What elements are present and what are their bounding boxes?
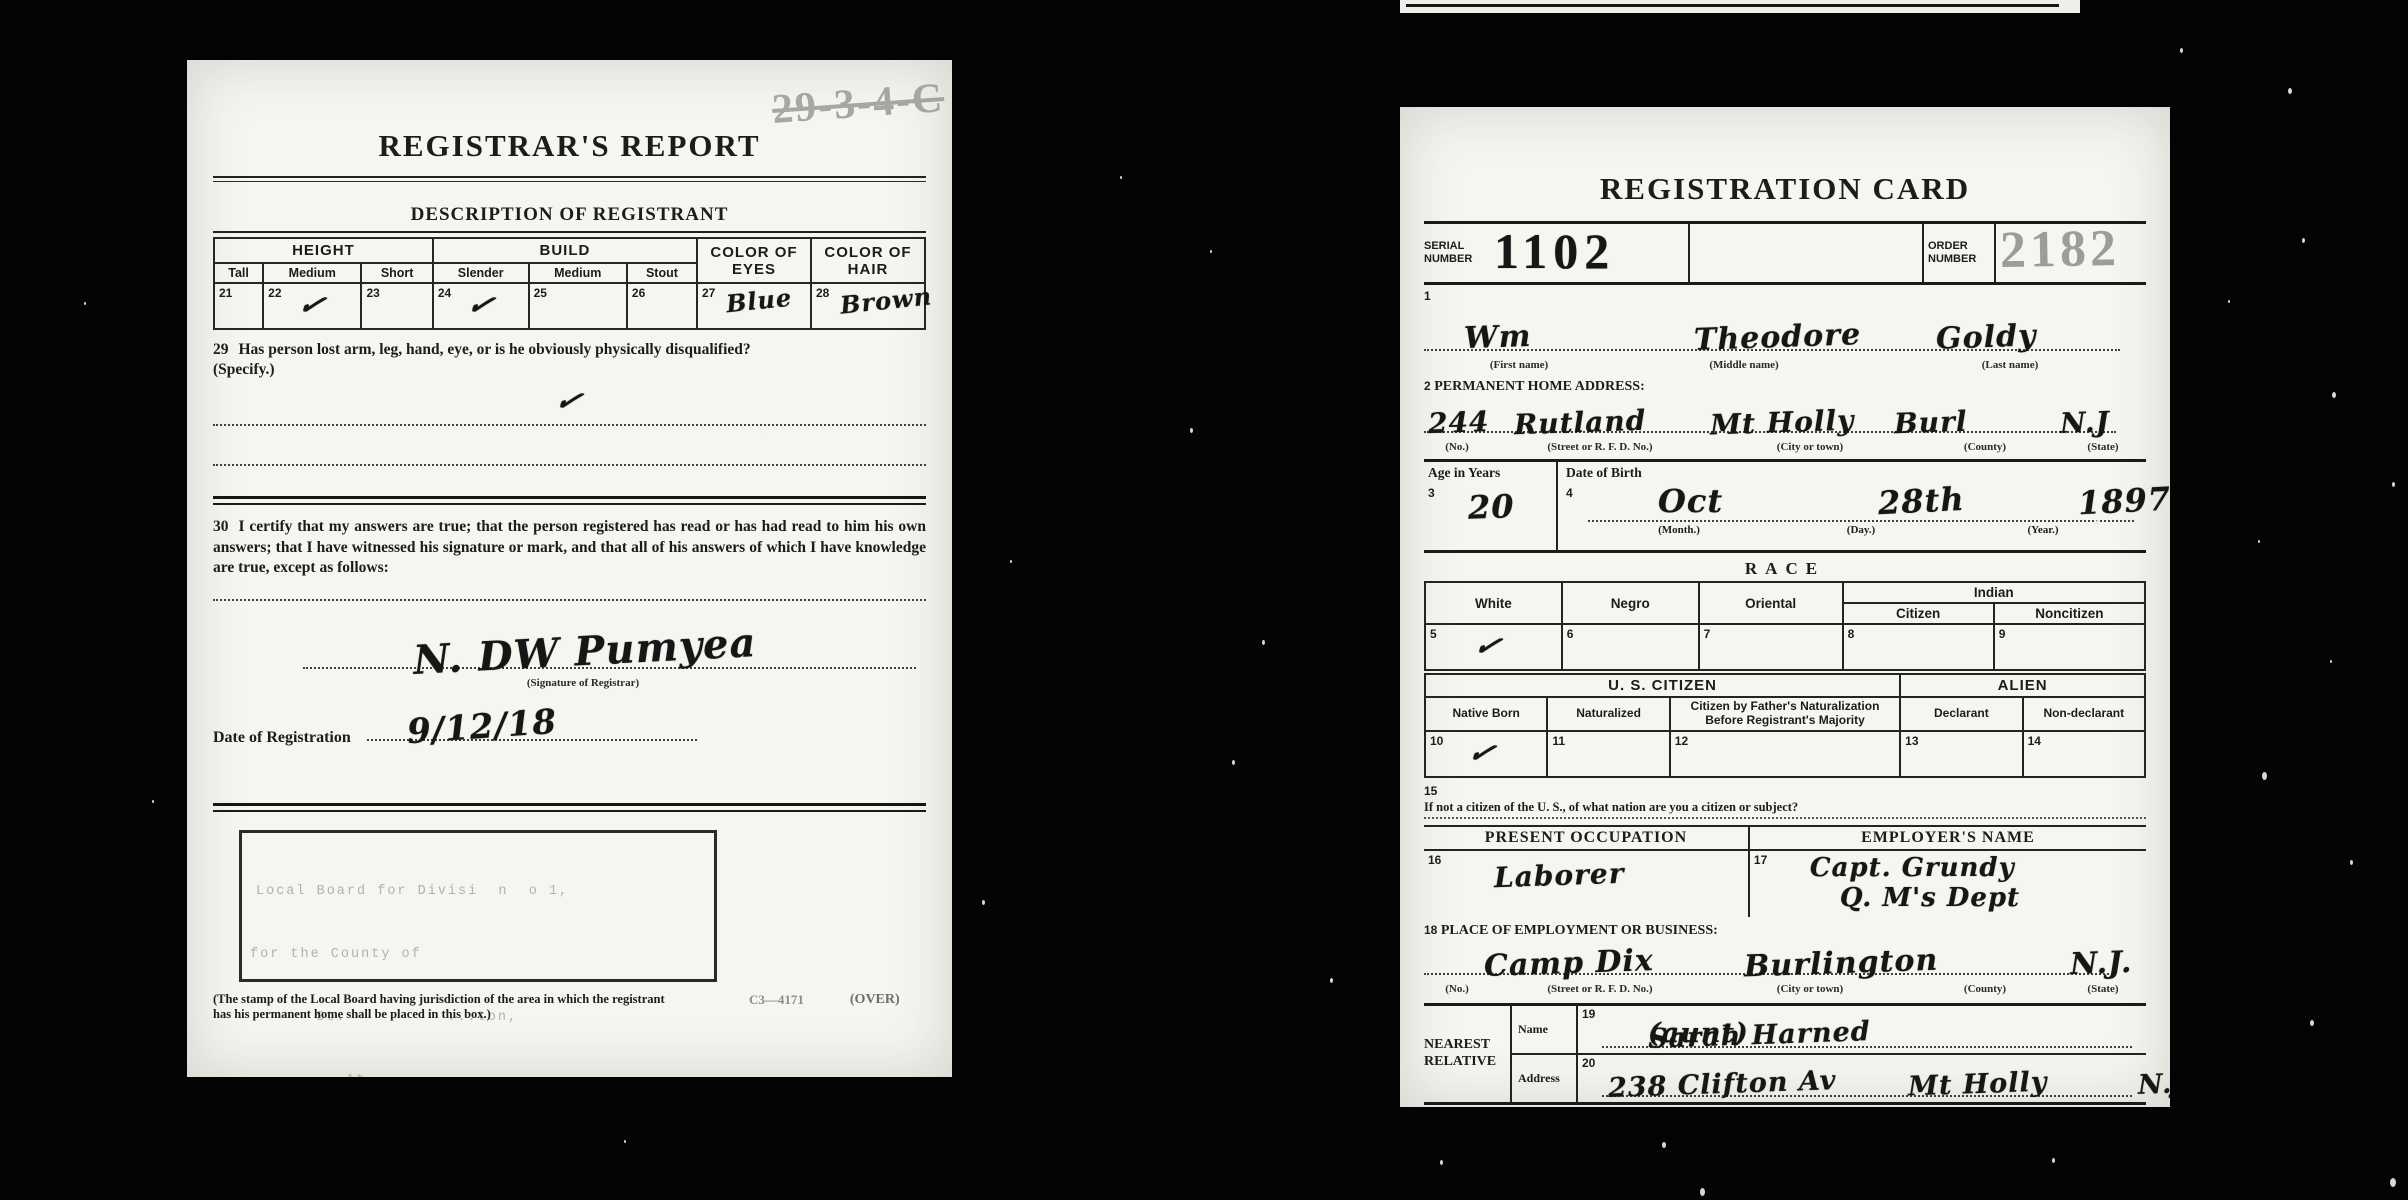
divider [213,176,926,182]
relative-address-state-value: N.J [2137,1068,2170,1101]
dob-cell: Date of Birth 4 Oct 28th 1897 (Month.) (… [1558,462,2146,550]
date-of-registration-value: 9/12/18 [406,701,559,751]
county-label: (County) [1910,441,2060,453]
dust-speck [2392,482,2395,487]
question-29-specify: (Specify.) [213,361,275,378]
race-white-cell: 5✓ [1425,624,1562,670]
dob-day-value: 28th [1877,480,1965,522]
date-of-registration-label: Date of Registration [213,729,351,747]
dust-speck [2302,238,2305,243]
declarant-label: Declarant [1900,697,2022,731]
last-name-value: Goldy [1935,318,2037,356]
checkmark: ✓ [293,287,331,324]
dust-speck [2262,772,2267,780]
middle-name-value: Theodore [1693,317,1861,358]
item-1-number: 1 [1424,289,1431,303]
cell-number: 28 [816,286,829,300]
cell-number: 26 [632,286,645,300]
name-sublabels: (First name) (Middle name) (Last name) [1424,359,2146,371]
item-20-number: 20 [1582,1056,1595,1070]
local-board-stamp-impression: Local Board for Divisi n o 1, for the Co… [256,841,704,1077]
serial-label-line1: SERIAL [1424,240,1488,253]
adjacent-card-rule [1406,4,2059,7]
address-street-value: Rutland [1513,404,1646,442]
item-19-number: 19 [1582,1007,1595,1021]
dust-speck [1262,640,1265,645]
relative-address-street-value: 238 Clifton Av [1608,1065,1837,1104]
citizenship-table: U. S. CITIZEN ALIEN Native Born Naturali… [1424,673,2146,778]
race-white-label: White [1425,582,1562,624]
dust-speck [760,430,762,433]
dust-speck [2258,540,2260,543]
form-number: C3—4171 [749,992,804,1008]
hair-header: COLOR OF HAIR [811,238,925,283]
dust-speck [756,276,759,281]
stamp-box-caption-row: (The stamp of the Local Board having jur… [213,992,926,1023]
cell-number: 11 [1552,734,1565,748]
divider [213,496,926,505]
occupation-table: PRESENT OCCUPATION EMPLOYER'S NAME 16 La… [1424,825,2146,917]
build-slender-cell: 24✓ [433,283,529,329]
answer-line [213,464,926,466]
registration-card: REGISTRATION CARD SERIAL NUMBER 1102 ORD… [1400,107,2170,1107]
question-29-answer: ✓ [213,384,926,418]
age-value: 20 [1467,487,1515,527]
occupation-value: Laborer [1493,856,1624,894]
dust-speck [2310,1020,2314,1026]
cell-number: 5 [1430,627,1437,641]
occupation-cell: 16 Laborer [1424,850,1749,917]
dust-speck [2350,860,2353,865]
hair-color-cell: 28Brown [811,283,925,329]
dob-month-value: Oct [1658,482,1723,520]
street-label: (Street or R. F. D. No.) [1490,983,1710,995]
cell-number: 6 [1567,627,1574,641]
address-county-value: Burl [1893,405,1968,441]
state-label: (State) [2060,983,2146,995]
age-dob-row: Age in Years 3 20 Date of Birth 4 Oct 28… [1424,459,2146,553]
relative-address-label: Address [1512,1055,1576,1102]
dust-speck [84,302,86,305]
dust-speck [2052,1158,2055,1163]
city-label: (City or town) [1710,983,1910,995]
eye-color-cell: 27Blue [697,283,811,329]
dust-speck [152,800,154,803]
state-label: (State) [2060,441,2146,453]
question-29-number: 29 [213,341,229,358]
address-city-value: Mt Holly [1709,403,1854,441]
height-medium-label: Medium [263,263,361,283]
answer-line [213,599,926,601]
employer-cell: 17 Capt. Grundy Q. M's Dept [1749,850,2146,917]
physique-table: HEIGHT BUILD COLOR OF EYES COLOR OF HAIR… [213,237,926,330]
address-state-value: N.J [2059,405,2110,440]
cell-number: 21 [219,286,232,300]
employment-row: Camp Dix Burlington N.J. [1424,939,2146,981]
dust-speck [2288,88,2292,94]
relative-address-city-value: Mt Holly [1908,1066,2048,1102]
height-short-cell: 23 [361,283,432,329]
relative-name-label: Name [1512,1006,1576,1055]
build-medium-label: Medium [529,263,627,283]
stamp-line: for the County of [250,945,704,966]
height-header: HEIGHT [214,238,433,263]
race-indian-noncitizen-label: Noncitizen [1994,603,2145,624]
name-row: Wm Theodore Goldy [1424,307,2146,357]
employer-value-line2: Q. M's Dept [1840,883,2020,913]
divider [213,231,926,233]
present-occupation-heading: PRESENT OCCUPATION [1424,826,1749,850]
employment-heading-text: PLACE OF EMPLOYMENT OR BUSINESS: [1441,923,1718,938]
dust-speck [2390,1178,2396,1187]
race-indian-label: Indian [1843,582,2145,603]
item-2-number: 2 [1424,379,1431,393]
order-label-line1: ORDER [1928,240,1994,253]
employment-city-value: Burlington [1743,942,1938,984]
address-no-value: 244 [1427,405,1490,440]
cell-number: 10 [1430,734,1443,748]
dust-speck [624,1140,626,1143]
checkmark: ✓ [1469,628,1507,665]
serial-number-label: SERIAL NUMBER [1424,224,1488,282]
question-29-text: Has person lost arm, leg, hand, eye, or … [239,341,751,358]
description-heading: DESCRIPTION OF REGISTRANT [213,204,926,226]
dob-year-value: 1897 [2077,480,2170,523]
city-label: (City or town) [1710,441,1910,453]
relative-relationship-note: (aunt) [1648,1018,2116,1049]
us-citizen-heading: U. S. CITIZEN [1425,674,1900,697]
nearest-relative-field-labels: Name Address [1510,1006,1578,1102]
build-stout-cell: 26 [627,283,697,329]
order-number-value: 2182 [1999,219,2120,280]
answer-line [213,424,926,426]
cell-number: 7 [1704,627,1711,641]
height-tall-label: Tall [214,263,263,283]
serial-row-spacer [1690,224,1922,282]
adjacent-card-edge [1400,0,2080,13]
dob-sublabels: (Month.) (Day.) (Year.) [1588,524,2134,536]
serial-order-row: SERIAL NUMBER 1102 ORDER NUMBER 2182 [1424,221,2146,285]
question-29: 29Has person lost arm, leg, hand, eye, o… [213,340,926,380]
cell-number: 14 [2028,734,2041,748]
dust-speck [2096,520,2099,525]
dust-speck [1232,760,1235,765]
home-address-heading-text: PERMANENT HOME ADDRESS: [1434,379,1645,394]
order-number-label: ORDER NUMBER [1922,224,1996,282]
eyes-header: COLOR OF EYES [697,238,811,283]
race-oriental-label: Oriental [1699,582,1843,624]
race-oriental-cell: 7 [1699,624,1843,670]
home-address-heading: 2 PERMANENT HOME ADDRESS: [1424,379,2146,395]
race-negro-cell: 6 [1562,624,1699,670]
question-30-text: I certify that my answers are true; that… [213,518,926,576]
dust-speck [982,900,985,905]
cell-number: 27 [702,286,715,300]
certification-paragraph: 30I certify that my answers are true; th… [213,517,926,578]
item-16-number: 16 [1428,853,1441,867]
dust-speck [1210,250,1212,253]
dust-speck [1662,1142,1666,1148]
local-board-stamp-box: Local Board for Divisi n o 1, for the Co… [239,830,717,982]
item-4-number: 4 [1566,486,1573,500]
dust-speck [1440,1160,1443,1165]
serial-number-value: 1102 [1494,222,1615,280]
build-stout-label: Stout [627,263,697,283]
question-15: 15 If not a citizen of the U. S., of wha… [1424,782,2146,819]
cell-number: 25 [534,286,547,300]
stamp-box-caption: (The stamp of the Local Board having jur… [213,992,685,1023]
registration-card-title: REGISTRATION CARD [1424,171,2146,207]
dust-speck [1700,1188,1705,1196]
dob-line [1588,520,2134,522]
registrar-signature: N. DW Pumyea [412,619,757,684]
no-label: (No.) [1424,983,1490,995]
build-slender-label: Slender [433,263,529,283]
employment-sublabels: (No.) (Street or R. F. D. No.) (City or … [1424,983,2146,995]
dust-speck [2332,392,2336,398]
last-name-label: (Last name) [1874,359,2146,371]
height-tall-cell: 21 [214,283,263,329]
checkmark: ✓ [462,287,500,324]
height-short-label: Short [361,263,432,283]
dust-speck [1120,176,1122,179]
nearest-relative-block: NEAREST RELATIVE Name Address 19 Sarah H… [1424,1003,2146,1105]
street-label: (Street or R. F. D. No.) [1490,441,1710,453]
citizen-by-father-cell: 12 [1670,731,1900,777]
stamp-line: At [346,1071,704,1077]
relative-name-row: 19 Sarah Harned (aunt) [1578,1006,2146,1055]
nearest-relative-heading: NEAREST RELATIVE [1424,1006,1510,1102]
dob-label: Date of Birth [1566,465,2146,481]
item-15-number: 15 [1424,784,1437,798]
citizen-by-father-label: Citizen by Father's Naturalization Befor… [1670,697,1900,731]
home-address-sublabels: (No.) (Street or R. F. D. No.) (City or … [1424,441,2146,453]
checkmark: ✓ [1463,734,1501,771]
native-born-label: Native Born [1425,697,1547,731]
race-indian-citizen-cell: 8 [1843,624,1994,670]
employment-state-value: N.J. [2069,945,2132,982]
declarant-cell: 13 [1900,731,2022,777]
home-address-row: 244 Rutland Mt Holly Burl N.J [1424,395,2146,439]
divider [213,803,926,812]
cell-number: 22 [268,286,281,300]
naturalized-cell: 11 [1547,731,1669,777]
date-of-registration-value-area: 9/12/18 [367,703,697,747]
item-18-number: 18 [1424,923,1437,937]
dust-speck [1190,428,1193,433]
order-number-box: 2182 [1996,224,2146,282]
item-3-number: 3 [1428,486,1435,500]
cell-number: 8 [1848,627,1855,641]
board-code-stamp: 29-3-4-C [770,74,945,134]
registrars-report-card: 29-3-4-C REGISTRAR'S REPORT DESCRIPTION … [187,60,952,1077]
checkmark: ✓ [550,383,588,420]
month-label: (Month.) [1588,524,1770,536]
alien-heading: ALIEN [1900,674,2145,697]
county-label: (County) [1910,983,2060,995]
race-negro-label: Negro [1562,582,1699,624]
dust-speck [2180,48,2183,53]
first-name-value: Wm [1463,319,1532,356]
cell-number: 24 [438,286,451,300]
cell-number: 9 [1999,627,2006,641]
question-30-number: 30 [213,518,229,535]
first-name-label: (First name) [1424,359,1614,371]
registrar-signature-block: N. DW Pumyea [213,623,926,677]
build-header: BUILD [433,238,697,263]
registrars-report-title: REGISTRAR'S REPORT [213,128,926,164]
race-indian-noncitizen-cell: 9 [1994,624,2145,670]
order-label-line2: NUMBER [1928,253,1994,266]
middle-name-label: (Middle name) [1614,359,1874,371]
nearest-relative-values: 19 Sarah Harned (aunt) 20 238 Clifton Av… [1578,1006,2146,1102]
stamp-line: Local Board for Divisi n o 1, [256,882,704,903]
height-medium-cell: 22✓ [263,283,361,329]
non-declarant-label: Non-declarant [2023,697,2145,731]
age-label: Age in Years [1428,465,1556,481]
race-heading: RACE [1424,559,2146,579]
serial-label-line2: NUMBER [1424,253,1488,266]
cell-number: 13 [1905,734,1918,748]
employment-place-value: Camp Dix [1483,943,1654,984]
year-label: (Year.) [1952,524,2134,536]
eye-color-value: Blue [725,283,794,319]
scanned-draft-card-page: { "colors": { "background": "#040404", "… [0,0,2408,1200]
over-label: (OVER) [850,992,900,1008]
employment-heading: 18 PLACE OF EMPLOYMENT OR BUSINESS: [1424,923,2146,939]
serial-number-box: 1102 [1488,224,1690,282]
non-declarant-cell: 14 [2023,731,2145,777]
dust-speck [2330,660,2332,663]
race-indian-citizen-label: Citizen [1843,603,1994,624]
dust-speck [1010,560,1012,563]
cell-number: 23 [366,286,379,300]
question-15-text: If not a citizen of the U. S., of what n… [1424,800,2146,819]
day-label: (Day.) [1770,524,1952,536]
native-born-cell: 10✓ [1425,731,1547,777]
relative-address-row: 20 238 Clifton Av Mt Holly N.J (No.) (St… [1578,1055,2146,1102]
build-medium-cell: 25 [529,283,627,329]
age-cell: Age in Years 3 20 [1424,462,1558,550]
item-17-number: 17 [1754,853,1767,867]
dust-speck [2228,300,2230,303]
employers-name-heading: EMPLOYER'S NAME [1749,826,2146,850]
race-table: White Negro Oriental Indian Citizen Nonc… [1424,581,2146,671]
employer-value-line1: Capt. Grundy [1810,853,2015,883]
hair-color-value: Brown [839,281,934,319]
naturalized-label: Naturalized [1547,697,1669,731]
date-of-registration-row: Date of Registration 9/12/18 [213,703,926,747]
no-label: (No.) [1424,441,1490,453]
cell-number: 12 [1675,734,1688,748]
dust-speck [1330,978,1333,983]
